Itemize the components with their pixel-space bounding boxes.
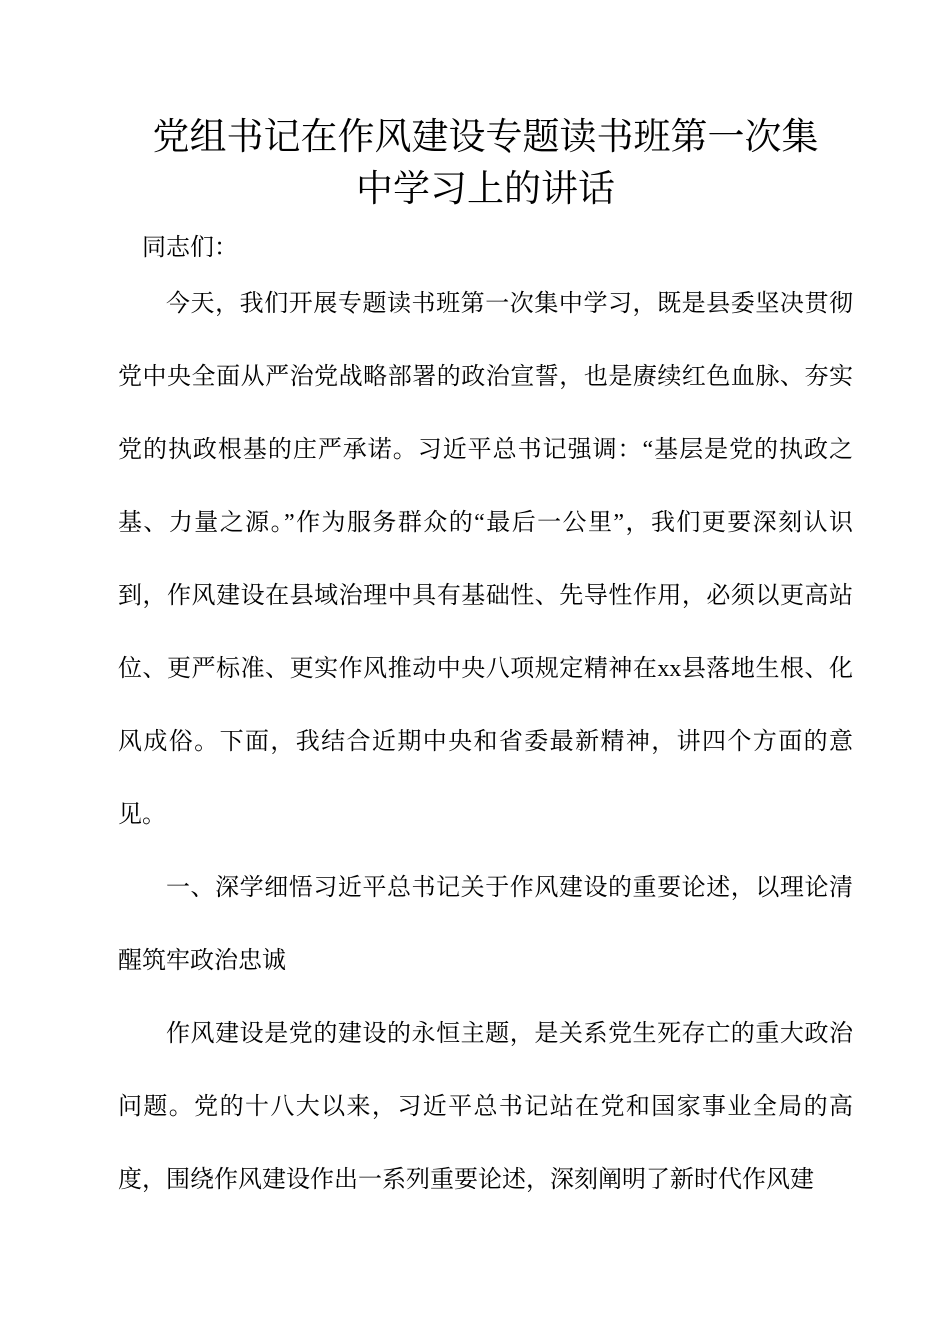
paragraph-section-1: 作风建设是党的建设的永恒主题，是关系党生死存亡的重大政治问题。党的十八大以来，习… xyxy=(118,998,853,1217)
paragraph-intro: 今天，我们开展专题读书班第一次集中学习，既是县委坚决贯彻党中央全面从严治党战略部… xyxy=(118,268,853,852)
document-title: 党组书记在作风建设专题读书班第一次集中学习上的讲话 xyxy=(141,112,831,216)
document-page: 党组书记在作风建设专题读书班第一次集中学习上的讲话 同志们： 今天，我们开展专题… xyxy=(0,0,950,1344)
section-heading-1: 一、深学细悟习近平总书记关于作风建设的重要论述，以理论清醒筑牢政治忠诚 xyxy=(118,852,853,998)
salutation: 同志们： xyxy=(118,228,853,268)
